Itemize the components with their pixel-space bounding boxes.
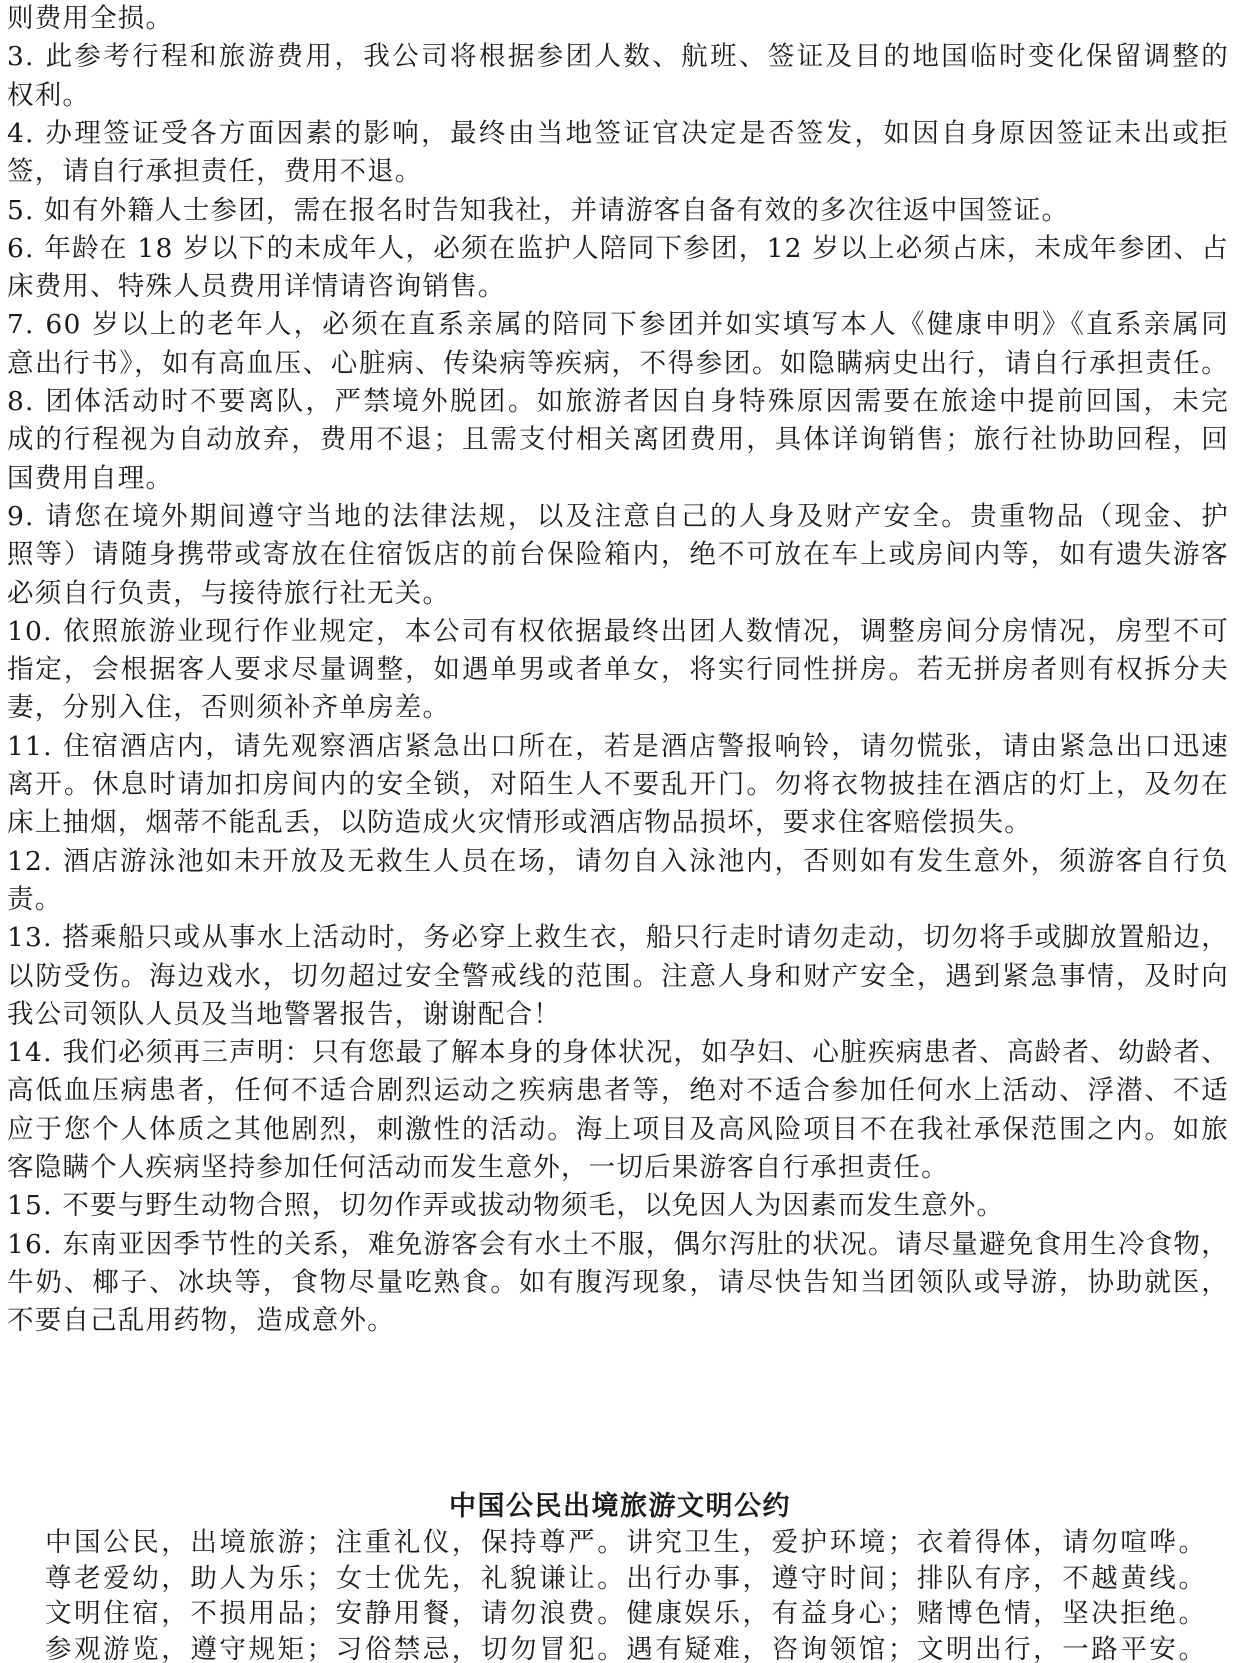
- document-line: 床上抽烟，烟蒂不能乱丢，以防造成火灾情形或酒店物品损坏，要求住客赔偿损失。: [7, 804, 1032, 842]
- pledge-line: 尊老爱幼，助人为乐；女士优先，礼貌谦让。出行办事，遵守时间；排队有序，不越黄线。: [45, 1560, 1205, 1598]
- document-line: 照等）请随身携带或寄放在住宿饭店的前台保险箱内，绝不可放在车上或房间内等，如有遗…: [7, 536, 1229, 574]
- document-line: 3. 此参考行程和旅游费用，我公司将根据参团人数、航班、签证及目的地国临时变化保…: [7, 38, 1229, 76]
- document-line: 离开。休息时请加扣房间内的安全锁，对陌生人不要乱开门。勿将衣物披挂在酒店的灯上，…: [7, 766, 1229, 804]
- document-line: 则费用全损。: [7, 0, 173, 38]
- document-line: 签，请自行承担责任，费用不退。: [7, 153, 423, 191]
- document-line: 应于您个人体质之其他剧烈，刺激性的活动。海上项目及高风险项目不在我社承保范围之内…: [7, 1111, 1229, 1149]
- pledge-line: 中国公民，出境旅游；注重礼仪，保持尊严。讲究卫生，爱护环境；衣着得体，请勿喧哗。: [45, 1524, 1205, 1562]
- document-line: 牛奶、椰子、冰块等，食物尽量吃熟食。如有腹泻现象，请尽快告知当团领队或导游，协助…: [7, 1264, 1229, 1302]
- pledge-title: 中国公民出境旅游文明公约: [0, 1488, 1240, 1526]
- document-line: 10. 依照旅游业现行作业规定，本公司有权依据最终出团人数情况，调整房间分房情况…: [7, 613, 1229, 651]
- document-line: 11. 住宿酒店内，请先观察酒店紧急出口所在，若是酒店警报响铃，请勿慌张，请由紧…: [7, 728, 1229, 766]
- document-line: 6. 年龄在 18 岁以下的未成年人，必须在监护人陪同下参团，12 岁以上必须占…: [7, 230, 1229, 268]
- document-line: 4. 办理签证受各方面因素的影响，最终由当地签证官决定是否签发，如因自身原因签证…: [7, 115, 1229, 153]
- document-line: 15. 不要与野生动物合照，切勿作弄或拔动物须毛，以免因人为因素而发生意外。: [7, 1187, 1004, 1225]
- document-line: 7. 60 岁以上的老年人，必须在直系亲属的陪同下参团并如实填写本人《健康申明》…: [7, 306, 1229, 344]
- document-line: 16. 东南亚因季节性的关系，难免游客会有水土不服，偶尔泻肚的状况。请尽量避免食…: [7, 1226, 1229, 1264]
- document-line: 5. 如有外籍人士参团，需在报名时告知我社，并请游客自备有效的多次往返中国签证。: [7, 192, 1069, 230]
- document-line: 8. 团体活动时不要离队，严禁境外脱团。如旅游者因自身特殊原因需要在旅途中提前回…: [7, 383, 1229, 421]
- document-line: 床费用、特殊人员费用详情请咨询销售。: [7, 268, 506, 306]
- document-line: 不要自己乱用药物，造成意外。: [7, 1302, 395, 1340]
- document-line: 责。: [7, 881, 62, 919]
- document-line: 9. 请您在境外期间遵守当地的法律法规，以及注意自己的人身及财产安全。贵重物品（…: [7, 498, 1229, 536]
- document-line: 高低血压病患者，任何不适合剧烈运动之疾病患者等，绝对不适合参加任何水上活动、浮潜…: [7, 1072, 1229, 1110]
- document-line: 客隐瞒个人疾病坚持参加任何活动而发生意外，一切后果游客自行承担责任。: [7, 1149, 949, 1187]
- document-line: 必须自行负责，与接待旅行社无关。: [7, 575, 450, 613]
- pledge-line: 参观游览，遵守规矩；习俗禁忌，切勿冒犯。遇有疑难，咨询领馆；文明出行，一路平安。: [45, 1631, 1205, 1663]
- document-line: 14. 我们必须再三声明：只有您最了解本身的身体状况，如孕妇、心脏疾病患者、高龄…: [7, 1034, 1229, 1072]
- document-line: 12. 酒店游泳池如未开放及无救生人员在场，请勿自入泳池内，否则如有发生意外，须…: [7, 843, 1229, 881]
- document-line: 妻，分别入住，否则须补齐单房差。: [7, 689, 450, 727]
- document-line: 我公司领队人员及当地警署报告，谢谢配合！: [7, 996, 561, 1034]
- document-line: 以防受伤。海边戏水，切勿超过安全警戒线的范围。注意人身和财产安全，遇到紧急事情，…: [7, 958, 1229, 996]
- document-line: 权利。: [7, 77, 90, 115]
- pledge-line: 文明住宿，不损用品；安静用餐，请勿浪费。健康娱乐，有益身心；赌博色情，坚决拒绝。: [45, 1595, 1205, 1633]
- document-line: 意出行书》，如有高血压、心脏病、传染病等疾病，不得参团。如隐瞒病史出行，请自行承…: [7, 345, 1229, 383]
- document-line: 指定，会根据客人要求尽量调整，如遇单男或者单女，将实行同性拼房。若无拼房者则有权…: [7, 651, 1229, 689]
- document-line: 13. 搭乘船只或从事水上活动时，务必穿上救生衣，船只行走时请勿走动，切勿将手或…: [7, 919, 1229, 957]
- document-line: 国费用自理。: [7, 460, 173, 498]
- document-line: 成的行程视为自动放弃，费用不退；且需支付相关离团费用，具体详询销售；旅行社协助回…: [7, 421, 1229, 459]
